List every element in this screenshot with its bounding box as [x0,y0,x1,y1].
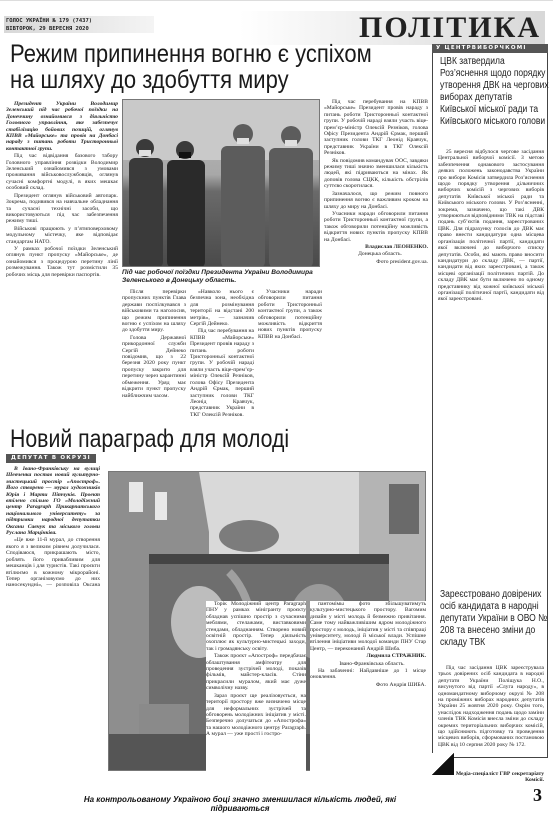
article1-p4: У рамках робочої поїздки Зеленський огля… [6,246,118,278]
article2-quote: «Це вже 11-й мурал, до створення якого я… [6,537,100,588]
article1-p7: «Навколо нього є безпечна зона, необхідн… [190,289,254,327]
article1-column-3b: Учасники наради обговорили питання робот… [258,289,322,421]
article1-column-3: «Навколо нього є безпечна зона, необхідн… [190,289,254,421]
article1-photo-credit: Фото president.gov.ua. [324,259,428,265]
article2-column-1: В Івано-Франківську на вулиці Шевченка п… [6,466,100,588]
article1-p9b: Учасники наради обговорили питання робот… [258,289,322,340]
article1-p9: Учасники наради обговорили питання робот… [324,211,428,243]
article1-photo [122,99,320,267]
article2-region: Івано-Франківська область. [310,661,426,667]
sidebar-body-2: Під час засідання ЦВК зареєструвала трьо… [438,665,544,749]
article1-p11: Зазначалося, що режим повного припинення… [324,191,428,210]
article1-column-4: Під час перебування на КПВВ «Майорське» … [324,99,428,424]
article2-column-3: пантомімы фото збільшуватимуть культурно… [310,601,426,783]
sidebar-credit: Медіа-спеціаліст ГВР секретаріату Комісі… [450,771,544,785]
masthead: ГОЛОС УКРАЇНИ № 179 (7437) ВІВТОРОК, 29 … [4,16,154,33]
article2-headline: Новий параграф для молоді [10,425,289,454]
article1-p3: Військові працюють у п’ятиповерховому мо… [6,226,118,245]
article2-note: На забаченні: Найдавніше до 1 місце онов… [310,668,426,681]
article1-p2: Президент оглянув військовий автопарк. З… [6,193,118,225]
sidebar-body-1: 25 вересня відбулося чергове засідання Ц… [438,149,544,577]
sidebar-body-2-text: Під час засідання ЦВК зареєструвала трьо… [438,665,544,748]
article1-photo-caption: Під час робочої поїздки Президента Украї… [122,269,322,285]
article1-p10: Як повідомив командувач ООС, завдяки реж… [324,158,428,190]
sidebar-rubric-tag: У ЦЕНТРВИБОРЧКОМІ [432,44,548,53]
page-fold-corner [432,753,454,775]
article1-column-1: Президент України Володимир Зеленський п… [6,101,118,421]
article2-byline: Людмила СТРАЖНИК. [310,653,426,659]
article1-lead: Президент України Володимир Зеленський п… [6,101,118,152]
article1-p6: Голова Державної прикордонної служби Сер… [122,335,186,399]
article2-p4: пантомімы фото збільшуватимуть культурно… [310,601,426,652]
newspaper-page: ГОЛОС УКРАЇНИ № 179 (7437) ВІВТОРОК, 29 … [0,0,553,818]
article1-p8: Під час перебування на КПВВ «Майорське» … [324,99,428,157]
masthead-date: ВІВТОРОК, 29 ВЕРЕСНЯ 2020 [6,25,152,33]
article1-p5: Після перевірки пропускних пунктів Глава… [122,289,186,334]
page-number: 3 [533,785,542,806]
article1-byline: Владислав ЛЕОНЕНКО. [324,244,428,250]
article2-p3: Зараз проєкт ще реалізовується, на терит… [206,693,306,738]
footer-quote: На контрольованому Україною боці значно … [60,795,420,813]
article2-p2: Також проєкт «Апостроф» передбачає облаш… [206,653,306,691]
article2-rubric-tag: ДЕПУТАТ В ОКРУЗІ [6,454,96,463]
sidebar-body-1-text: 25 вересня відбулося чергове засідання Ц… [438,149,544,303]
article1-p1: Під час відвідання базового табору Голов… [6,153,118,191]
article2-photo-credit: Фото Андрія ШИБА. [310,682,426,688]
article1-headline: Режим припинення вогню є успіхом на шлях… [10,41,380,93]
article1-column-2: Після перевірки пропускних пунктів Глава… [122,289,186,421]
article2-column-2: Торік Молодіжний центр Paragraph ПНУ у р… [206,601,306,783]
article1-p8b: Під час перебування на КПВВ «Майорське» … [190,328,254,418]
soldiers-photo-icon [123,100,320,267]
article2-p1: Торік Молодіжний центр Paragraph ПНУ у р… [206,601,306,652]
article1-region: Донецька область. [324,251,428,257]
masthead-issue: ГОЛОС УКРАЇНИ № 179 (7437) [6,17,152,25]
sidebar-headline-1: ЦВК затвердила Роз’яснення щодо порядку … [440,56,551,128]
sidebar-headline-2: Зареєстровано довірених осіб кандидата в… [440,589,551,649]
article2-lead: В Івано-Франківську на вулиці Шевченка п… [6,466,100,536]
